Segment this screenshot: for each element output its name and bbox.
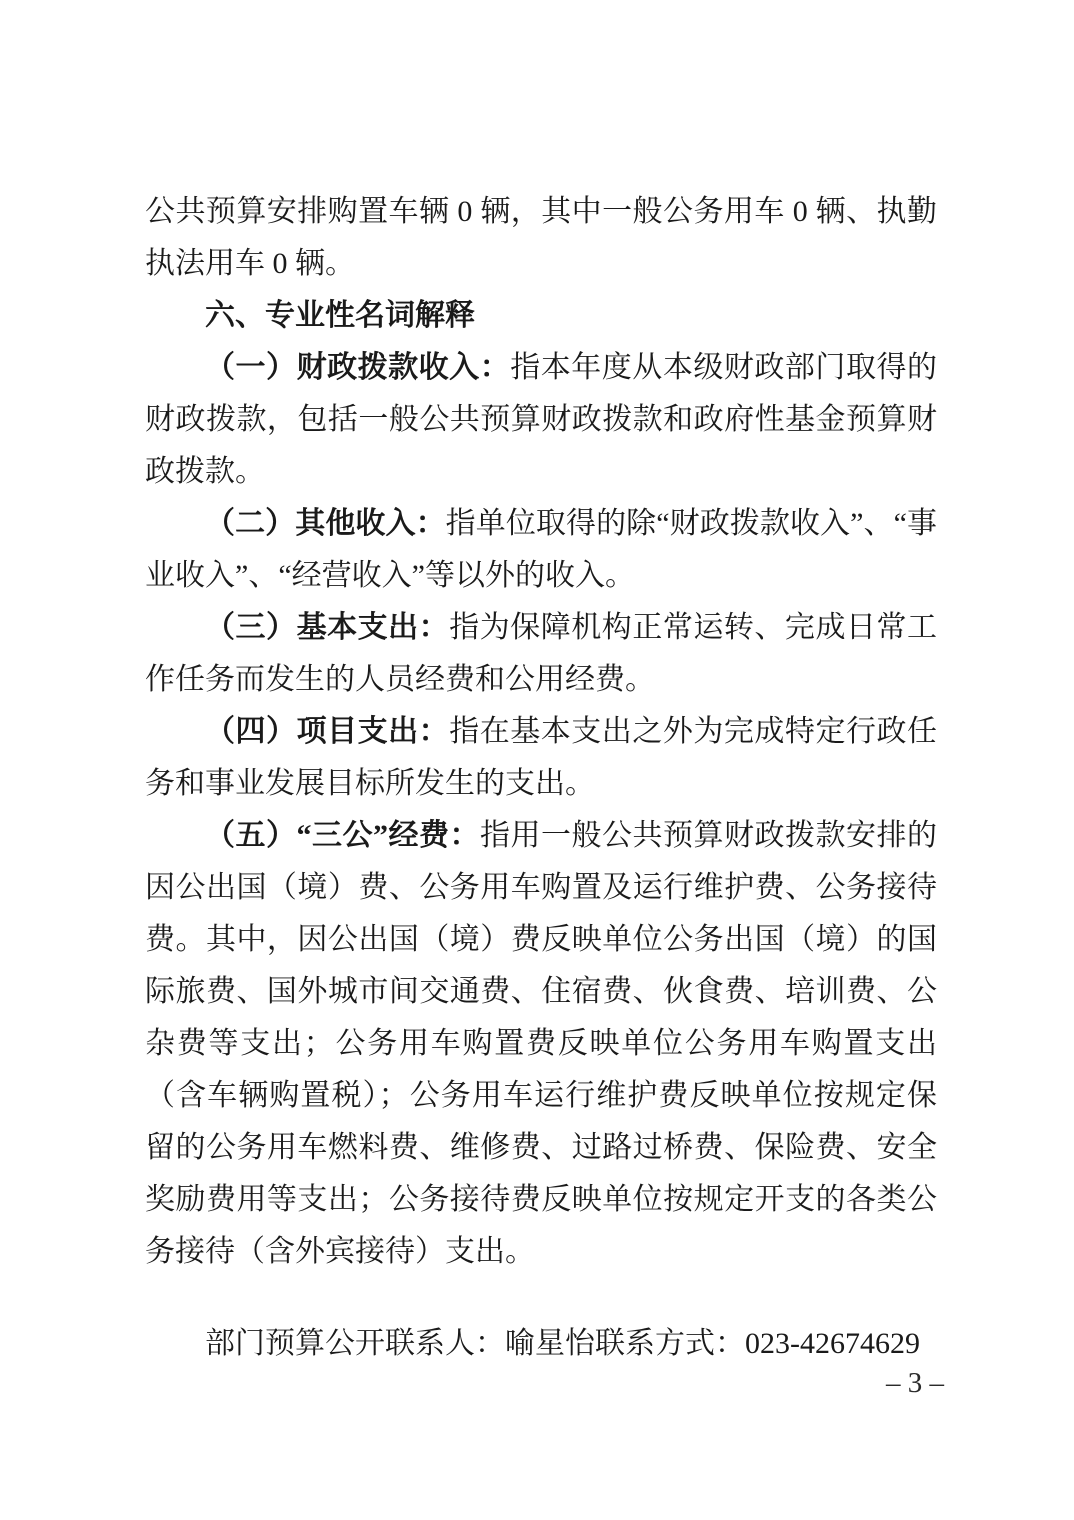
definition-text-5: 指用一般公共预算财政拨款安排的因公出国（境）费、公务用车购置及运行维护费、公务接… <box>145 819 937 1268</box>
section-heading: 六、专业性名词解释 <box>145 290 937 342</box>
definition-item-1: （一）财政拨款收入：指本年度从本级财政部门取得的财政拨款，包括一般公共预算财政拨… <box>145 342 937 498</box>
definition-term-1: （一）财政拨款收入： <box>205 351 510 384</box>
definition-term-2: （二）其他收入： <box>205 507 446 540</box>
document-body: 公共预算安排购置车辆 0 辆，其中一般公务用车 0 辆、执勤执法用车 0 辆。 … <box>145 186 937 1370</box>
definition-item-5: （五）“三公”经费：指用一般公共预算财政拨款安排的因公出国（境）费、公务用车购置… <box>145 810 937 1278</box>
definition-item-2: （二）其他收入：指单位取得的除“财政拨款收入”、“事业收入”、“经营收入”等以外… <box>145 498 937 602</box>
page-number: – 3 – <box>886 1366 944 1400</box>
intro-paragraph: 公共预算安排购置车辆 0 辆，其中一般公务用车 0 辆、执勤执法用车 0 辆。 <box>145 186 937 290</box>
definition-item-4: （四）项目支出：指在基本支出之外为完成特定行政任务和事业发展目标所发生的支出。 <box>145 706 937 810</box>
definition-term-3: （三）基本支出： <box>205 611 449 644</box>
definition-item-3: （三）基本支出：指为保障机构正常运转、完成日常工作任务而发生的人员经费和公用经费… <box>145 602 937 706</box>
contact-line: 部门预算公开联系人：喻星怡联系方式：023-42674629 <box>145 1318 937 1370</box>
definition-term-4: （四）项目支出： <box>205 715 449 748</box>
definition-term-5: （五）“三公”经费： <box>205 819 480 852</box>
document-page: 公共预算安排购置车辆 0 辆，其中一般公务用车 0 辆、执勤执法用车 0 辆。 … <box>0 0 1074 1520</box>
